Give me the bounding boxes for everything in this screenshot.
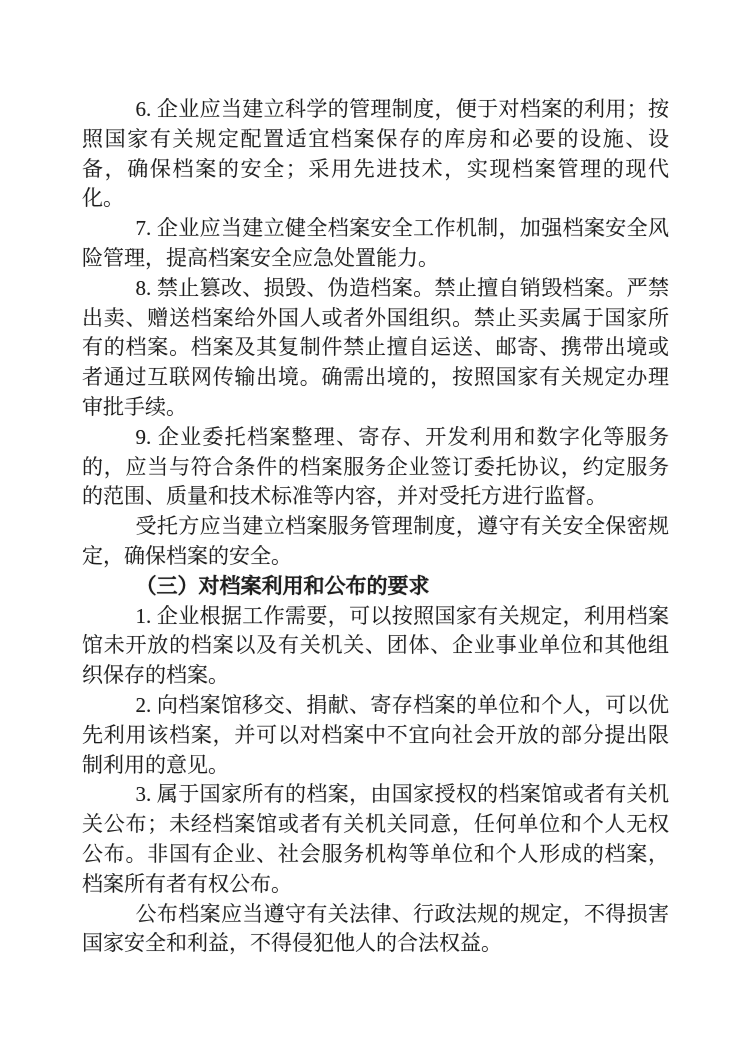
paragraph-item-9: 9. 企业委托档案整理、寄存、开发利用和数字化等服务的，应当与符合条件的档案服务… (82, 423, 669, 512)
paragraph-item-1: 1. 企业根据工作需要，可以按照国家有关规定，利用档案馆未开放的档案以及有关机关… (82, 602, 669, 691)
document-page: 6. 企业应当建立科学的管理制度，便于对档案的利用；按照国家有关规定配置适宜档案… (0, 0, 750, 1059)
paragraph-item-7: 7. 企业应当建立健全档案安全工作机制，加强档案安全风险管理，提高档案安全应急处… (82, 214, 669, 274)
paragraph-item-6: 6. 企业应当建立科学的管理制度，便于对档案的利用；按照国家有关规定配置适宜档案… (82, 95, 669, 214)
paragraph-publication-rule: 公布档案应当遵守有关法律、行政法规的规定，不得损害国家安全和利益，不得侵犯他人的… (82, 900, 669, 960)
paragraph-item-8: 8. 禁止篡改、损毁、伪造档案。禁止擅自销毁档案。严禁出卖、赠送档案给外国人或者… (82, 274, 669, 423)
section-heading-3: （三）对档案利用和公布的要求 (82, 572, 669, 602)
document-body: 6. 企业应当建立科学的管理制度，便于对档案的利用；按照国家有关规定配置适宜档案… (82, 95, 669, 959)
paragraph-item-2: 2. 向档案馆移交、捐献、寄存档案的单位和个人，可以优先利用该档案，并可以对档案… (82, 691, 669, 780)
paragraph-trustee-duty: 受托方应当建立档案服务管理制度，遵守有关安全保密规定，确保档案的安全。 (82, 512, 669, 572)
paragraph-item-3: 3. 属于国家所有的档案，由国家授权的档案馆或者有关机关公布；未经档案馆或者有关… (82, 780, 669, 899)
